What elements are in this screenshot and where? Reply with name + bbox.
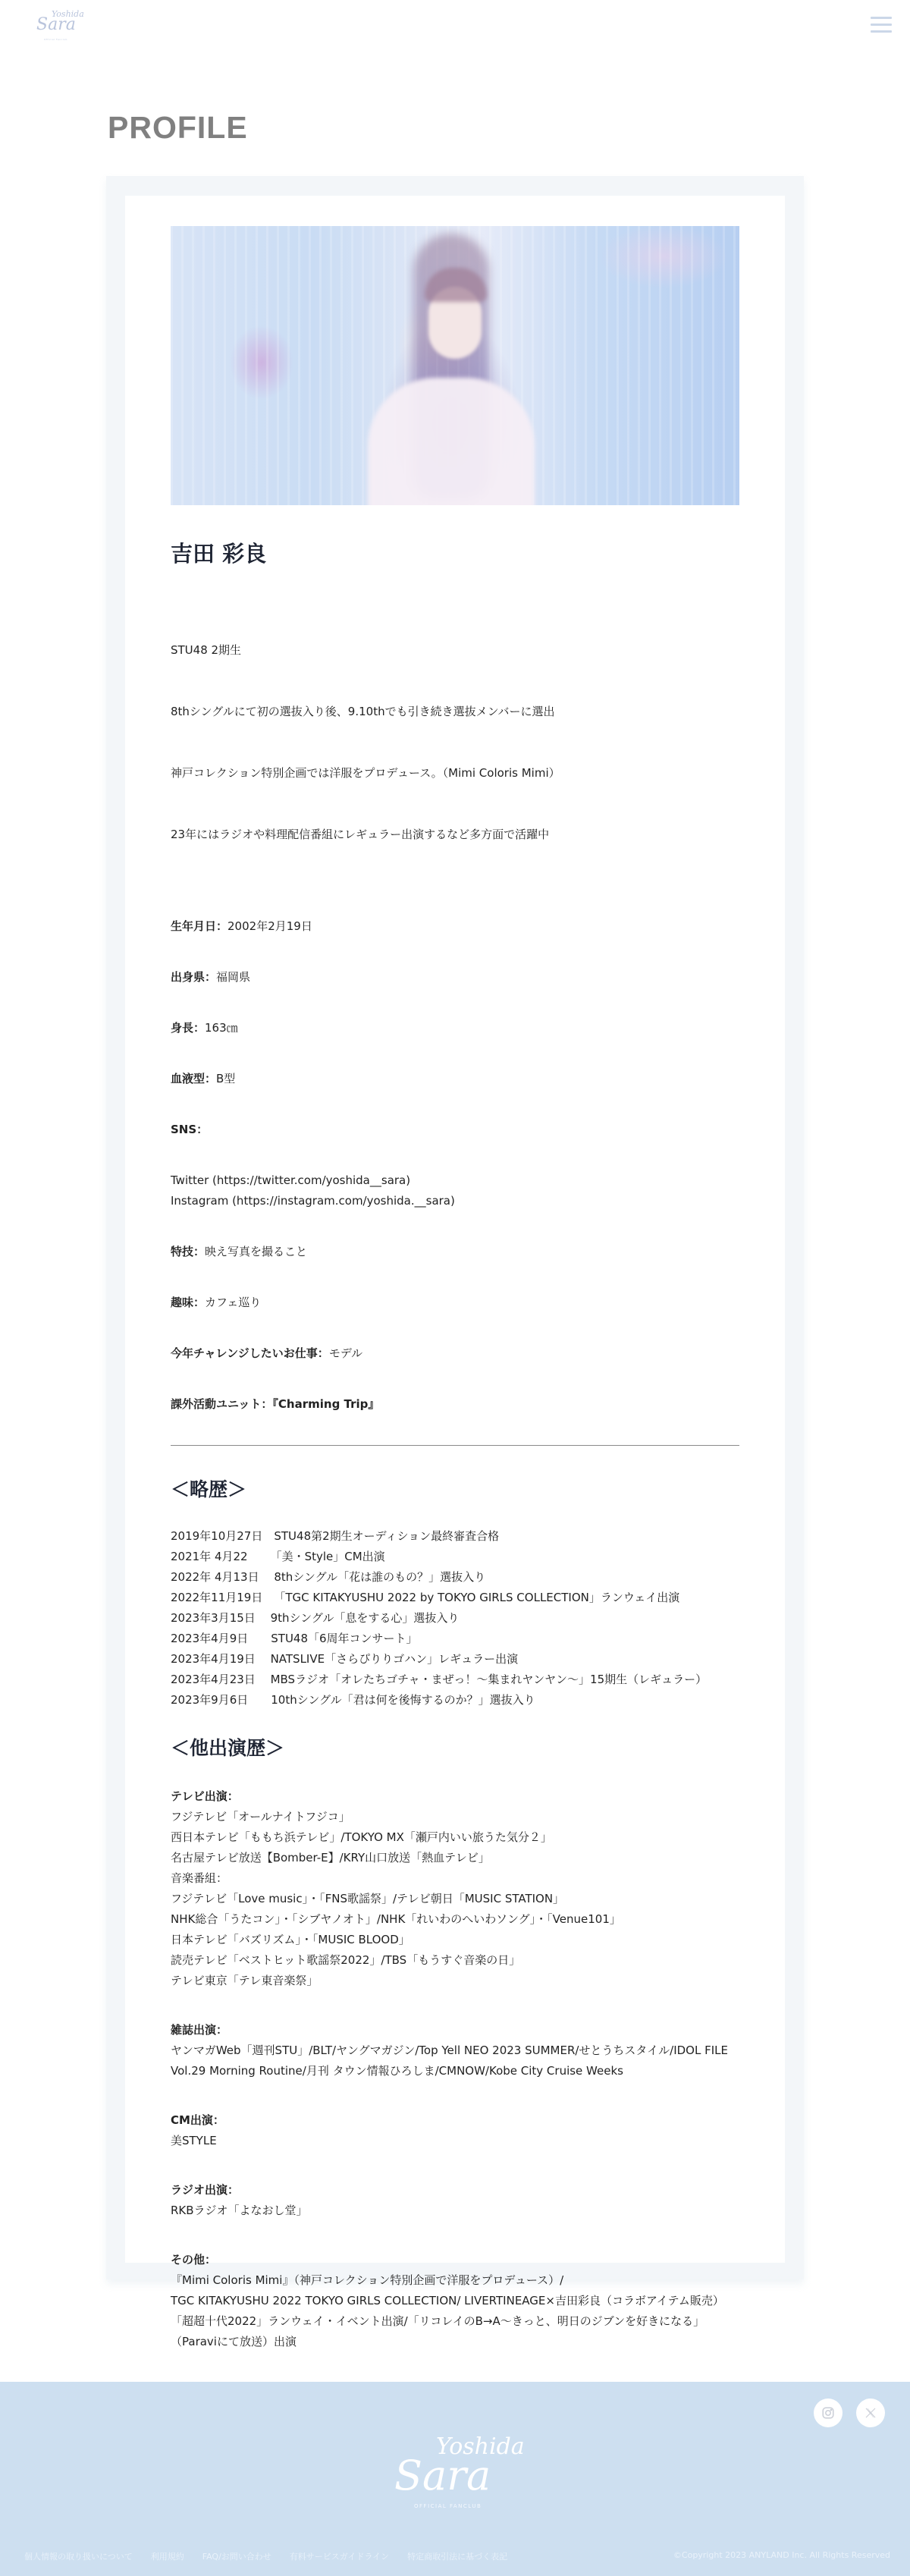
- appearance-line: RKBラジオ「よなおし堂」: [171, 2201, 739, 2221]
- field-challenge: 今年チャレンジしたいお仕事：モデル: [171, 1343, 739, 1364]
- appearance-line: 読売テレビ「ベストヒット歌謡祭2022」/TBS「もうすぐ音楽の日」: [171, 1950, 739, 1971]
- field-hobby: 趣味：カフェ巡り: [171, 1293, 739, 1313]
- group-label: 雑誌出演：: [171, 2020, 739, 2040]
- appearance-line: 「超超十代2022」ランウェイ・イベント出演/「リコレイのB→A～きっと、明日の…: [171, 2311, 739, 2352]
- history-date: 2023年3月15日: [171, 1608, 271, 1629]
- appearance-line: テレビ東京「テレ東音楽祭」: [171, 1971, 739, 1991]
- appearance-line: 日本テレビ「バズリズム」・「MUSIC BLOOD」: [171, 1930, 739, 1950]
- history-item: 2022年11月19日 「TGC KITAKYUSHU 2022 by TOKY…: [171, 1588, 739, 1608]
- site-footer: Yoshida Sara OFFICIAL FANCLUB 個人情報の取り扱いに…: [0, 2382, 910, 2576]
- history-date: 2022年 4月13日: [171, 1567, 274, 1588]
- history-text: MBSラジオ「オレたちゴチャ・まぜっ！～集まれヤンヤン～」15期生（レギュラー）: [271, 1670, 739, 1690]
- appearance-line: TGC KITAKYUSHU 2022 TOKYO GIRLS COLLECTI…: [171, 2291, 739, 2311]
- history-date: 2023年4月9日: [171, 1629, 271, 1649]
- appearance-line: フジテレビ「オールナイトフジコ」: [171, 1807, 739, 1827]
- history-item: 2019年10月27日 STU48第2期生オーディション最終審査合格: [171, 1526, 739, 1547]
- instagram-link[interactable]: Instagram (https://instagram.com/yoshida…: [171, 1191, 739, 1211]
- history-text: STU48第2期生オーディション最終審査合格: [274, 1526, 739, 1547]
- history-date: 2021年 4月22: [171, 1547, 271, 1567]
- history-text: 「TGC KITAKYUSHU 2022 by TOKYO GIRLS COLL…: [274, 1588, 739, 1608]
- section-divider: [171, 1445, 739, 1446]
- field-label: 課外活動ユニット：: [171, 1397, 272, 1411]
- history-item: 2023年3月15日 9thシングル「息をする心」選抜入り: [171, 1608, 739, 1629]
- appearances-heading: ＜他出演歴＞: [171, 1735, 739, 1762]
- intro-line: 23年にはラジオや料理配信番組にレギュラー出演するなど多方面で活躍中: [171, 825, 739, 845]
- history-date: 2023年4月19日: [171, 1649, 271, 1670]
- field-value: 2002年2月19日: [227, 919, 312, 933]
- history-text: STU48「6周年コンサート」: [271, 1629, 739, 1649]
- profile-content: 吉田 彩良 STU48 2期生 8thシングルにて初の選抜入り後、9.10thで…: [171, 226, 739, 2352]
- field-value: 163㎝: [205, 1021, 238, 1035]
- field-label: 出身県：: [171, 970, 216, 984]
- field-value: B型: [216, 1072, 235, 1085]
- history-item: 2022年 4月13日 8thシングル「花は誰のもの？」選抜入り: [171, 1567, 739, 1588]
- cm-appearances: CM出演： 美STYLE: [171, 2110, 739, 2151]
- copyright: ©Copyright 2023 ANYLAND Inc. All Rights …: [673, 2550, 890, 2560]
- footer-link-privacy[interactable]: 個人情報の取り扱いについて: [24, 2550, 133, 2562]
- logo-line-fanclub: Official Fanclub: [44, 38, 67, 41]
- field-label: 趣味：: [171, 1296, 205, 1309]
- appearance-line: NHK総合「うたコン」・「シブヤノオト」/NHK「れいわのへいわソング」・「Ve…: [171, 1909, 739, 1930]
- footer-logo[interactable]: Yoshida Sara OFFICIAL FANCLUB: [394, 2433, 516, 2509]
- appearance-line: 『Mimi Coloris Mimi』（神戸コレクション特別企画で洋服をプロデュ…: [171, 2270, 739, 2291]
- member-name: 吉田 彩良: [171, 539, 739, 569]
- magazine-appearances: 雑誌出演： ヤンマガWeb「週刊STU」/BLT/ヤングマガジン/Top Yel…: [171, 2020, 739, 2081]
- group-label: CM出演：: [171, 2110, 739, 2131]
- page-title: PROFILE: [108, 110, 248, 146]
- profile-photo: [171, 226, 739, 505]
- footer-nav: 個人情報の取り扱いについて 利用規約 FAQ/お問い合わせ 有料サービスガイドラ…: [24, 2550, 507, 2562]
- other-appearances: その他： 『Mimi Coloris Mimi』（神戸コレクション特別企画で洋服…: [171, 2250, 739, 2352]
- appearance-line: 名古屋テレビ放送【Bomber-E】/KRY山口放送「熱血テレビ」: [171, 1848, 739, 1868]
- logo-line-sara: Sara: [36, 15, 76, 34]
- tv-appearances: テレビ出演： フジテレビ「オールナイトフジコ」 西日本テレビ「ももち浜テレビ」/…: [171, 1786, 739, 1991]
- footer-link-faq[interactable]: FAQ/お問い合わせ: [202, 2550, 271, 2562]
- intro-line: 神戸コレクション特別企画では洋服をプロデュース。（Mimi Coloris Mi…: [171, 763, 739, 784]
- group-sublabel: 音楽番組：: [171, 1868, 739, 1889]
- field-label: 身長：: [171, 1021, 205, 1035]
- sns-links: Twitter (https://twitter.com/yoshida__sa…: [171, 1170, 739, 1211]
- history-text: 9thシングル「息をする心」選抜入り: [271, 1608, 739, 1629]
- footer-link-terms[interactable]: 利用規約: [151, 2550, 184, 2562]
- field-value: カフェ巡り: [205, 1296, 261, 1309]
- history-item: 2023年9月6日 10thシングル「君は何を後悔するのか？」選抜入り: [171, 1690, 739, 1711]
- site-logo[interactable]: Yoshida Sara Official Fanclub: [35, 9, 88, 39]
- history-date: 2022年11月19日: [171, 1588, 274, 1608]
- field-label: 血液型：: [171, 1072, 216, 1085]
- photo-outfit: [368, 378, 535, 505]
- footer-logo-line-sara: Sara: [394, 2452, 491, 2499]
- footer-link-commercial-transactions[interactable]: 特定商取引法に基づく表記: [407, 2550, 507, 2562]
- field-height: 身長：163㎝: [171, 1018, 739, 1038]
- history-heading: ＜略歴＞: [171, 1476, 739, 1503]
- history-item: 2023年4月19日 NATSLIVE「さらぴりりゴハン」レギュラー出演: [171, 1649, 739, 1670]
- group-label: その他：: [171, 2250, 739, 2270]
- field-label: 特技：: [171, 1245, 205, 1258]
- field-value: 映え写真を撮ること: [205, 1245, 307, 1258]
- field-value: モデル: [329, 1346, 362, 1360]
- field-hometown: 出身県：福岡県: [171, 967, 739, 988]
- history-text: 8thシングル「花は誰のもの？」選抜入り: [274, 1567, 739, 1588]
- hamburger-menu-button[interactable]: [871, 17, 892, 35]
- field-sns: SNS：: [171, 1120, 739, 1140]
- intro-line: 8thシングルにて初の選抜入り後、9.10thでも引き続き選抜メンバーに選出: [171, 702, 739, 722]
- profile-card: 吉田 彩良 STU48 2期生 8thシングルにて初の選抜入り後、9.10thで…: [125, 196, 785, 2263]
- instagram-icon: [821, 2406, 835, 2420]
- appearance-line: 美STYLE: [171, 2131, 739, 2151]
- history-item: 2023年4月9日 STU48「6周年コンサート」: [171, 1629, 739, 1649]
- site-header: Yoshida Sara Official Fanclub: [0, 0, 910, 53]
- history-item: 2023年4月23日 MBSラジオ「オレたちゴチャ・まぜっ！～集まれヤンヤン～」…: [171, 1670, 739, 1690]
- history-date: 2019年10月27日: [171, 1526, 274, 1547]
- field-label: 今年チャレンジしたいお仕事：: [171, 1346, 329, 1360]
- intro-text: STU48 2期生 8thシングルにて初の選抜入り後、9.10thでも引き続き選…: [171, 599, 739, 886]
- field-value: 福岡県: [216, 970, 250, 984]
- twitter-link[interactable]: Twitter (https://twitter.com/yoshida__sa…: [171, 1170, 739, 1191]
- group-label: テレビ出演：: [171, 1786, 739, 1807]
- field-blood-type: 血液型：B型: [171, 1069, 739, 1089]
- appearance-line: フジテレビ「Love music」・「FNS歌謡祭」/テレビ朝日「MUSIC S…: [171, 1889, 739, 1909]
- appearance-line: 西日本テレビ「ももち浜テレビ」/TOKYO MX「瀬戸内いい旅うた気分２」: [171, 1827, 739, 1848]
- field-label: SNS：: [171, 1123, 208, 1136]
- history-text: 「美・Style」CM出演: [271, 1547, 739, 1567]
- history-date: 2023年9月6日: [171, 1690, 271, 1711]
- x-button[interactable]: [856, 2399, 885, 2427]
- footer-link-paid-service-guidelines[interactable]: 有料サービスガイドライン: [290, 2550, 389, 2562]
- field-label: 生年月日：: [171, 919, 227, 933]
- field-birthday: 生年月日：2002年2月19日: [171, 916, 739, 937]
- history-text: 10thシングル「君は何を後悔するのか？」選抜入り: [271, 1690, 739, 1711]
- hamburger-icon-bar: [871, 24, 892, 26]
- field-value: 『Charming Trip』: [272, 1397, 379, 1411]
- field-skill: 特技：映え写真を撮ること: [171, 1242, 739, 1262]
- history-text: NATSLIVE「さらぴりりゴハン」レギュラー出演: [271, 1649, 739, 1670]
- instagram-button[interactable]: [814, 2399, 843, 2427]
- hamburger-icon-bar: [871, 17, 892, 19]
- group-label: ラジオ出演：: [171, 2180, 739, 2201]
- history-item: 2021年 4月22 「美・Style」CM出演: [171, 1547, 739, 1567]
- radio-appearances: ラジオ出演： RKBラジオ「よなおし堂」: [171, 2180, 739, 2221]
- x-icon: [864, 2407, 877, 2419]
- profile-card-frame: 吉田 彩良 STU48 2期生 8thシングルにて初の選抜入り後、9.10thで…: [106, 176, 804, 2279]
- intro-line: STU48 2期生: [171, 640, 739, 661]
- footer-logo-line-fanclub: OFFICIAL FANCLUB: [414, 2503, 482, 2509]
- history-date: 2023年4月23日: [171, 1670, 271, 1690]
- appearance-line: ヤンマガWeb「週刊STU」/BLT/ヤングマガジン/Top Yell NEO …: [171, 2040, 739, 2081]
- hamburger-icon-bar: [871, 30, 892, 33]
- history-list: 2019年10月27日 STU48第2期生オーディション最終審査合格 2021年…: [171, 1526, 739, 1711]
- field-unit: 課外活動ユニット：『Charming Trip』: [171, 1394, 739, 1415]
